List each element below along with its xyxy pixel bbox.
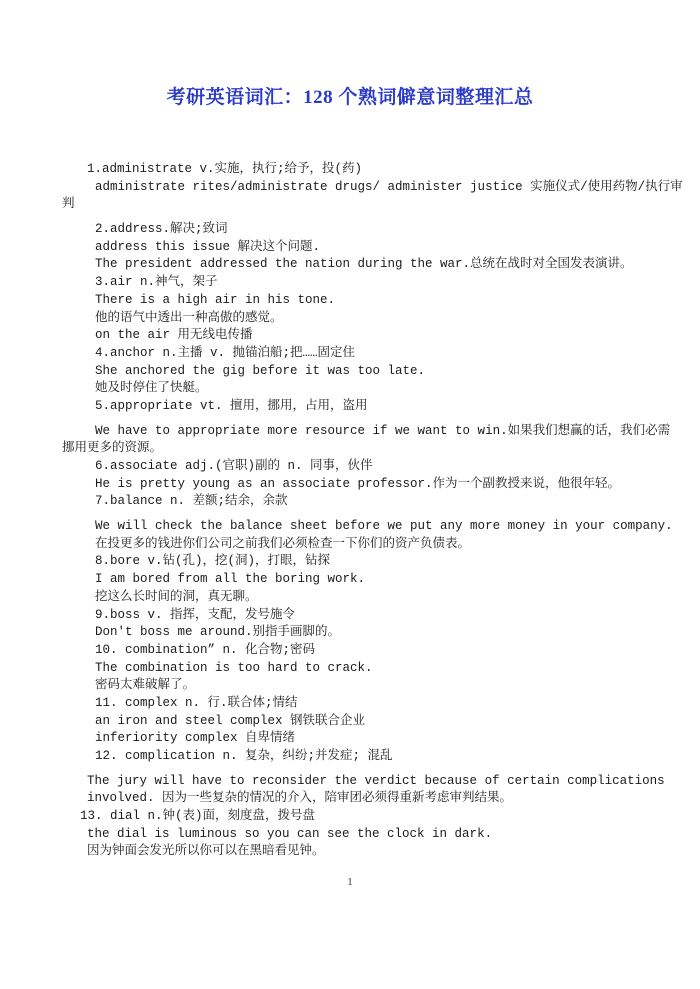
text-line: We will check the balance sheet before w… bbox=[62, 518, 638, 536]
text-line: The jury will have to reconsider the ver… bbox=[62, 773, 638, 791]
text-line: I am bored from all the boring work. bbox=[62, 571, 638, 589]
text-line: 8.bore v.钻(孔)，挖(洞)，打眼，钻探 bbox=[62, 553, 638, 571]
text-line: 判 bbox=[62, 196, 638, 214]
text-line: administrate rites/administrate drugs/ a… bbox=[62, 179, 638, 197]
text-line: The combination is too hard to crack. bbox=[62, 660, 638, 678]
text-line: 挖这么长时间的洞，真无聊。 bbox=[62, 589, 638, 607]
document-page: 考研英语词汇：128 个熟词僻意词整理汇总 1.administrate v.实… bbox=[0, 0, 700, 989]
page-number: 1 bbox=[0, 876, 700, 888]
text-line: 挪用更多的资源。 bbox=[62, 440, 638, 458]
text-line: 12. complication n. 复杂，纠纷;并发症; 混乱 bbox=[62, 748, 638, 766]
text-line: 10. combination” n. 化合物;密码 bbox=[62, 642, 638, 660]
text-line: 他的语气中透出一种高傲的感觉。 bbox=[62, 310, 638, 328]
text-line: 3.air n.神气，架子 bbox=[62, 274, 638, 292]
text-line: 11. complex n. 行.联合体;情结 bbox=[62, 695, 638, 713]
document-title: 考研英语词汇：128 个熟词僻意词整理汇总 bbox=[0, 0, 700, 110]
text-line: 13. dial n.钟(表)面，刻度盘，拨号盘 bbox=[62, 808, 638, 826]
text-line: 因为钟面会发光所以你可以在黑暗看见钟。 bbox=[62, 843, 638, 861]
text-line: 6.associate adj.(官职)副的 n. 同事，伙伴 bbox=[62, 458, 638, 476]
text-line: 在投更多的钱进你们公司之前我们必须检查一下你们的资产负债表。 bbox=[62, 536, 638, 554]
text-line: 9.boss v. 指挥，支配，发号施令 bbox=[62, 607, 638, 625]
text-line: inferiority complex 自卑情绪 bbox=[62, 730, 638, 748]
text-line: 7.balance n. 差额;结余，余款 bbox=[62, 493, 638, 511]
text-line: the dial is luminous so you can see the … bbox=[62, 826, 638, 844]
text-line: 4.anchor n.主播 v. 抛锚泊船;把……固定住 bbox=[62, 345, 638, 363]
text-line: She anchored the gig before it was too l… bbox=[62, 363, 638, 381]
text-line: address this issue 解决这个问题. bbox=[62, 239, 638, 257]
document-body: 1.administrate v.实施，执行;给予，投(药)administra… bbox=[62, 161, 638, 861]
text-line: 密码太难破解了。 bbox=[62, 677, 638, 695]
text-line: He is pretty young as an associate profe… bbox=[62, 476, 638, 494]
text-line: 她及时停住了快艇。 bbox=[62, 380, 638, 398]
text-line: an iron and steel complex 钢铁联合企业 bbox=[62, 713, 638, 731]
text-line: We have to appropriate more resource if … bbox=[62, 423, 638, 441]
text-line: on the air 用无线电传播 bbox=[62, 327, 638, 345]
text-line: 1.administrate v.实施，执行;给予，投(药) bbox=[62, 161, 638, 179]
text-line: The president addressed the nation durin… bbox=[62, 256, 638, 274]
text-line: 2.address.解决;致词 bbox=[62, 221, 638, 239]
text-line: involved. 因为一些复杂的情况的介入，陪审团必须得重新考虑审判结果。 bbox=[62, 790, 638, 808]
text-line: 5.appropriate vt. 擅用，挪用，占用，盗用 bbox=[62, 398, 638, 416]
text-line: There is a high air in his tone. bbox=[62, 292, 638, 310]
text-line: Don't boss me around.别指手画脚的。 bbox=[62, 624, 638, 642]
